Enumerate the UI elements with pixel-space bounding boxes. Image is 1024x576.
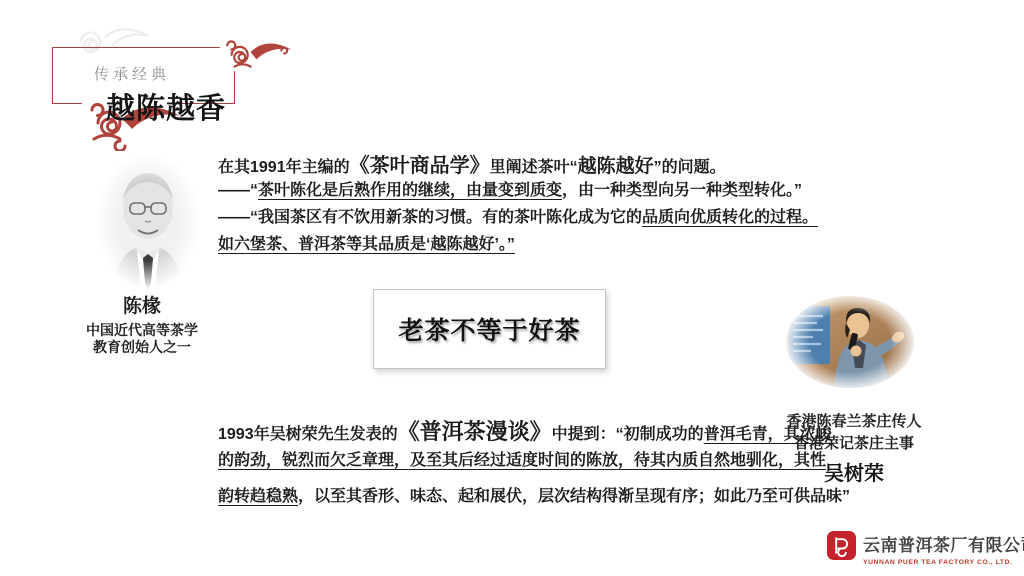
p1-underlined: 品质向优质转化的过程。 <box>642 209 818 226</box>
p1-text: 里阐述茶叶“ <box>490 159 578 176</box>
portrait-vignette <box>93 151 203 292</box>
p2-text: 中提到：“初制成功的 <box>552 426 704 443</box>
statement-text: 老茶不等于好茶 <box>398 311 580 347</box>
paragraph1-line3: ——“我国茶区有不饮用新茶的习惯。有的茶叶陈化成为它的品质向优质转化的过程。 <box>218 204 818 227</box>
left-person-desc-1: 中国近代高等茶学 <box>56 322 228 339</box>
p1-text: ，由一种类型向另一种类型转化。” <box>562 182 802 199</box>
paragraph2-line3: 韵转趋稳熟，以至其香形、味态、起和展伏，层次结构得渐呈现有序；如此乃至可供品味” <box>218 483 850 506</box>
p1-book-title: 《茶叶商品学》 <box>350 155 490 177</box>
paragraph1-line2: ——“茶叶陈化是后熟作用的继续，由量变到质变，由一种类型向另一种类型转化。” <box>218 177 802 200</box>
page-title: 越陈越香 <box>106 86 226 127</box>
p2-underlined: 韵转趋稳熟 <box>218 488 298 505</box>
p2-underlined: 的韵劲，锐烈而欠乏章理，及至其后经过适度时间的陈放，待其内质自然地驯化，其性 <box>218 452 826 469</box>
photo-wu-shurong <box>786 296 914 388</box>
paragraph2-line2: 的韵劲，锐烈而欠乏章理，及至其后经过适度时间的陈放，待其内质自然地驯化，其性 <box>218 447 826 470</box>
photo-wu-shurong-image <box>786 296 914 388</box>
paragraph1-line1: 在其1991年主编的《茶叶商品学》里阐述茶叶“越陈越好”的问题。 <box>218 149 726 178</box>
p1-underlined: 如六堡茶、普洱茶等其品质是‘越陈越好’。” <box>218 236 515 253</box>
p2-book-title: 《普洱茶漫谈》 <box>398 419 552 444</box>
p1-text: ——“我国茶区有不饮用新茶的习惯。有的茶叶陈化成为它的 <box>218 209 642 226</box>
paragraph1-line4: 如六堡茶、普洱茶等其品质是‘越陈越好’。” <box>218 231 515 254</box>
left-caption: 陈椽 中国近代高等茶学 教育创始人之一 <box>56 291 228 355</box>
p1-text: ——“ <box>218 182 258 199</box>
p1-text: 在其1991年主编的 <box>218 159 350 176</box>
left-person-name: 陈椽 <box>56 291 228 318</box>
p1-highlight: 越陈越好 <box>578 156 654 177</box>
company-logo: 云南普洱茶厂有限公司 YUNNAN PUER TEA FACTORY CO., … <box>827 531 1024 566</box>
p1-text: ”的问题。 <box>654 159 726 176</box>
p1-underlined: 茶叶陈化是后熟作用的继续，由量变到质变 <box>258 182 562 199</box>
statement-box: 老茶不等于好茶 <box>373 289 606 369</box>
company-logo-icon <box>827 531 856 560</box>
p2-text: 1993年吴树荣先生发表的 <box>218 426 398 443</box>
p2-text: ，以至其香形、味态、起和展伏，层次结构得渐呈现有序；如此乃至可供品味” <box>298 488 850 505</box>
p2-underlined: 普洱毛青，其浓峻 <box>704 426 832 443</box>
left-person-desc-2: 教育创始人之一 <box>56 339 228 356</box>
cloud-ornament-top-icon <box>210 33 303 71</box>
company-name-cn: 云南普洱茶厂有限公司 <box>863 531 1024 556</box>
portrait-chen-chuan <box>93 151 203 292</box>
paragraph2-line1: 1993年吴树荣先生发表的《普洱茶漫谈》中提到：“初制成功的普洱毛青，其浓峻 <box>218 415 832 446</box>
company-name-en: YUNNAN PUER TEA FACTORY CO., LTD. <box>863 559 1024 566</box>
eyebrow-label: 传承经典 <box>94 63 170 84</box>
